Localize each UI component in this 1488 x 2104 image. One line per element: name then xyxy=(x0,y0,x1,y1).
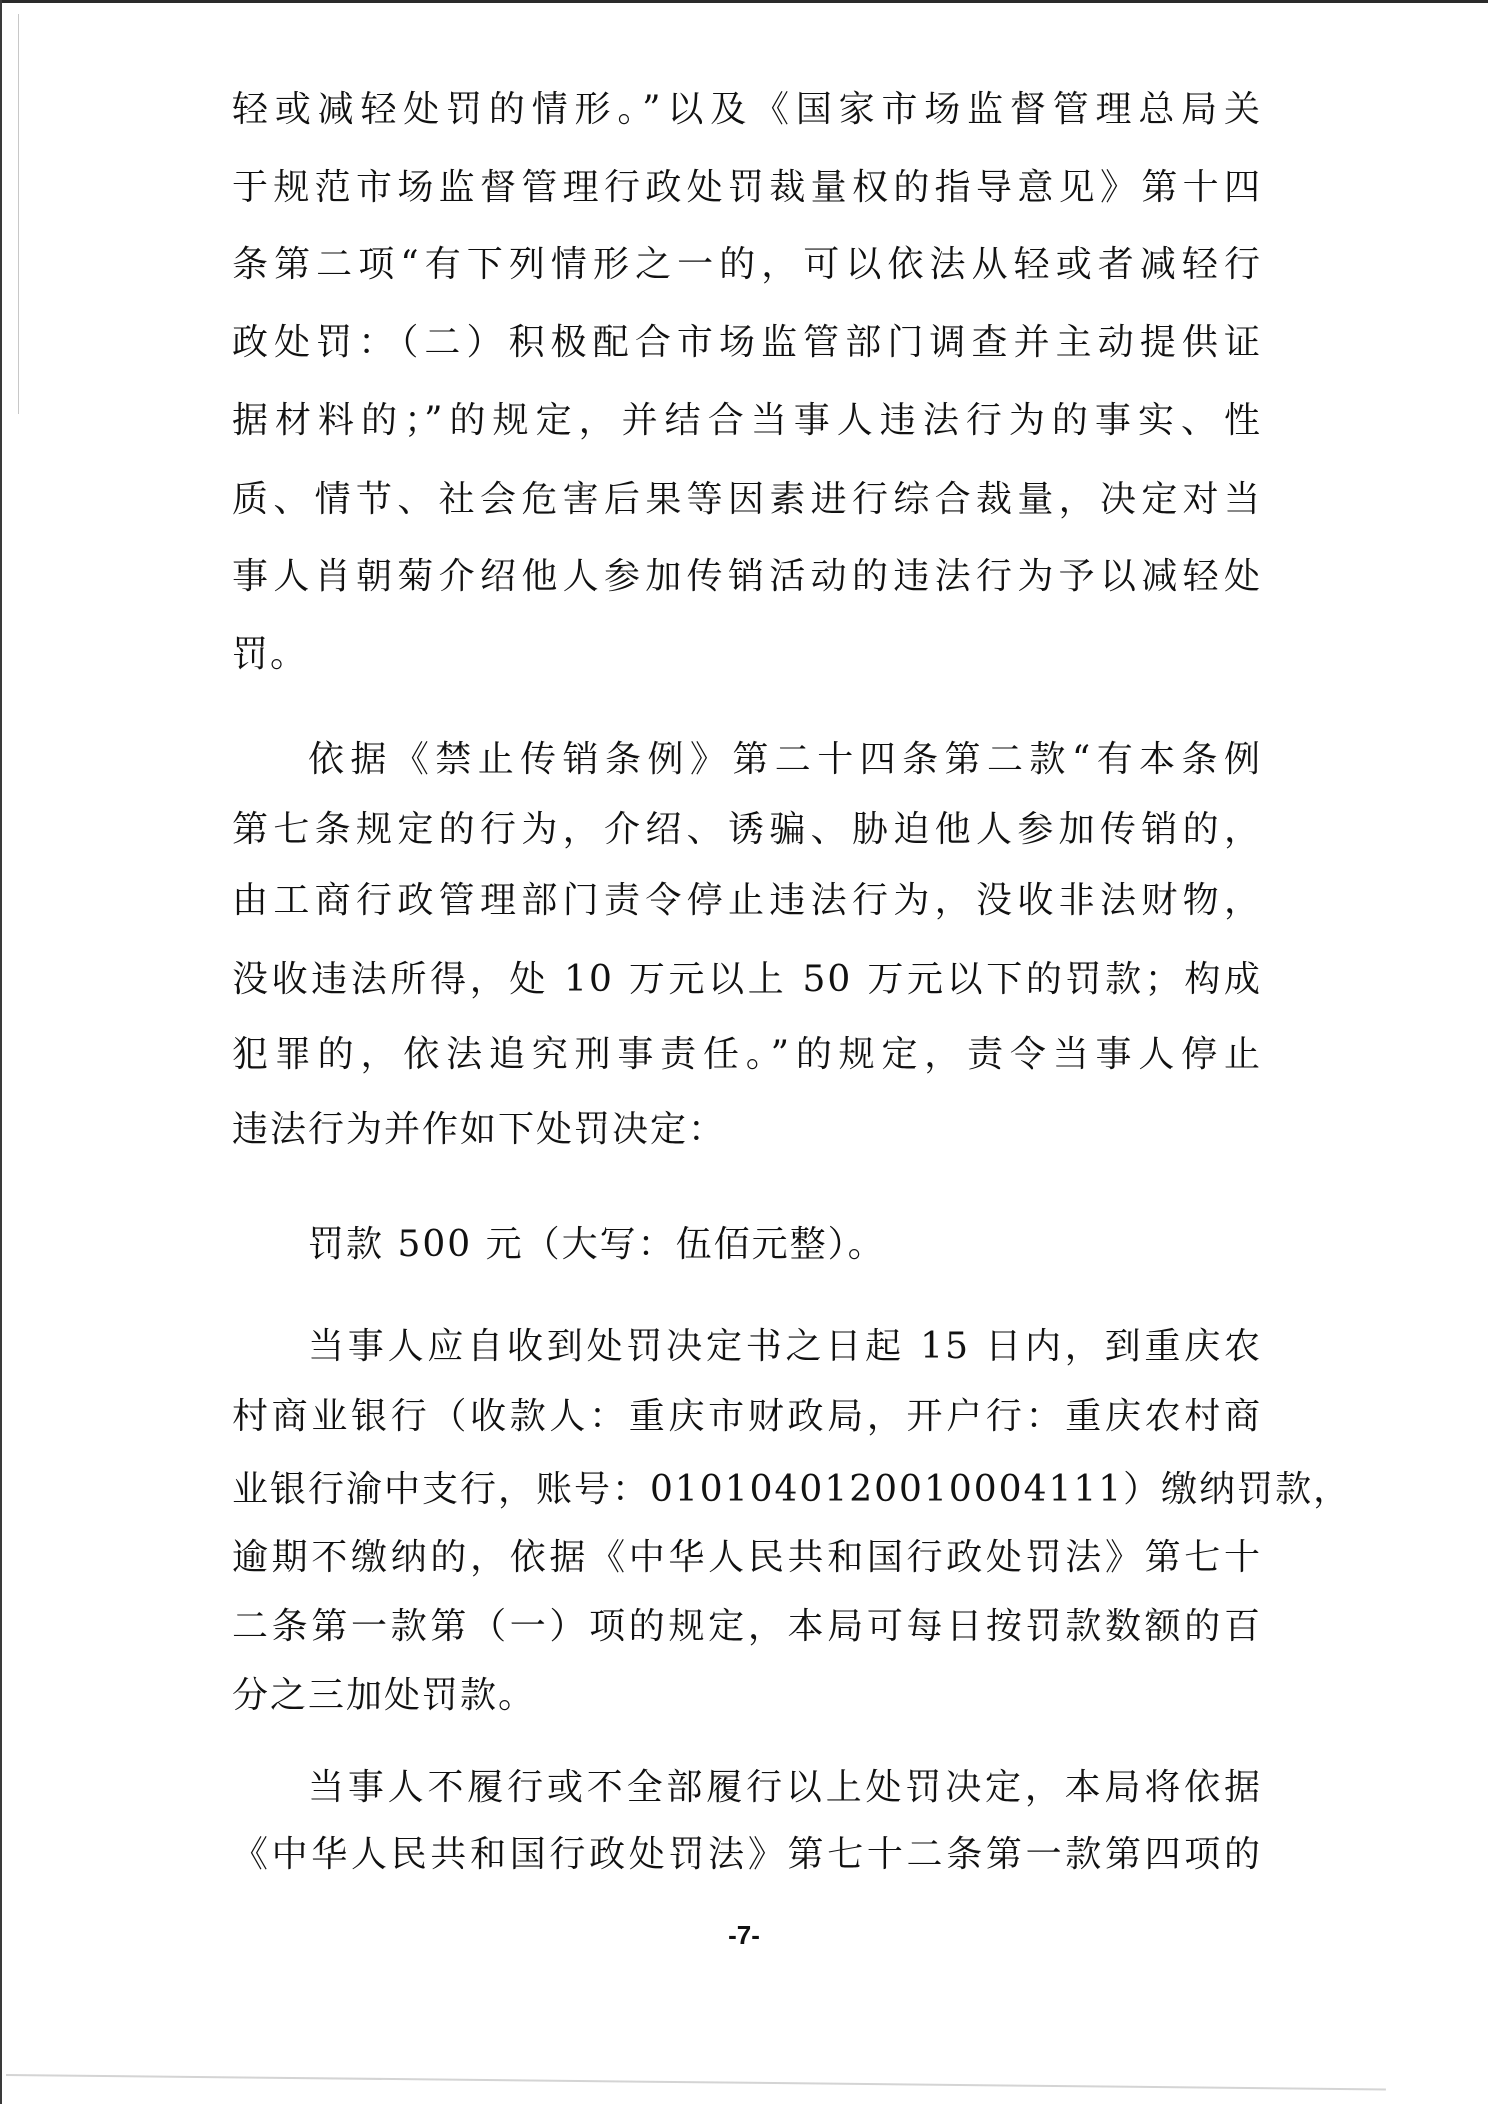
page-number: -7- xyxy=(704,1918,784,1952)
text-line: 依据《禁止传销条例》第二十四条第二款“有本条例 xyxy=(308,738,1262,782)
text-line: 事人肖朝菊介绍他人参加传销活动的违法行为予以减轻处 xyxy=(232,555,1262,599)
text-line: 当事人应自收到处罚决定书之日起 15 日内，到重庆农 xyxy=(308,1325,1262,1369)
text-line: 《中华人民共和国行政处罚法》第七十二条第一款第四项的 xyxy=(232,1833,1262,1877)
text-line: 分之三加处罚款。 xyxy=(232,1674,1262,1718)
text-line: 没收违法所得，处 10 万元以上 50 万元以下的罚款；构成 xyxy=(232,958,1262,1002)
text-line: 由工商行政管理部门责令停止违法行为，没收非法财物， xyxy=(232,879,1262,923)
text-line: 二条第一款第（一）项的规定，本局可每日按罚款数额的百 xyxy=(232,1605,1262,1649)
text-line: 质、情节、社会危害后果等因素进行综合裁量，决定对当 xyxy=(232,478,1262,522)
text-line: 违法行为并作如下处罚决定： xyxy=(232,1108,1262,1152)
text-line: 条第二项“有下列情形之一的，可以依法从轻或者减轻行 xyxy=(232,243,1262,287)
text-line: 轻或减轻处罚的情形。”以及《国家市场监督管理总局关 xyxy=(232,88,1262,132)
text-line: 于规范市场监督管理行政处罚裁量权的指导意见》第十四 xyxy=(232,166,1262,210)
account-line: 业银行渝中支行，账号：0101040120010004111）缴纳罚款， xyxy=(232,1468,1262,1512)
text-line: 村商业银行（收款人：重庆市财政局，开户行：重庆农村商 xyxy=(232,1395,1262,1439)
text-line: 据材料的；”的规定，并结合当事人违法行为的事实、性 xyxy=(232,399,1262,443)
text-line: 罚。 xyxy=(232,633,1262,677)
penalty-line: 罚款 500 元（大写：伍佰元整）。 xyxy=(308,1223,1262,1267)
text-line: 逾期不缴纳的，依据《中华人民共和国行政处罚法》第七十 xyxy=(232,1536,1262,1580)
text-line: 当事人不履行或不全部履行以上处罚决定，本局将依据 xyxy=(308,1766,1262,1810)
text-line: 第七条规定的行为，介绍、诱骗、胁迫他人参加传销的， xyxy=(232,808,1262,852)
text-line: 政处罚：（二）积极配合市场监管部门调查并主动提供证 xyxy=(232,321,1262,365)
document-page: 轻或减轻处罚的情形。”以及《国家市场监督管理总局关 于规范市场监督管理行政处罚裁… xyxy=(0,0,1488,2104)
text-line: 犯罪的，依法追究刑事责任。”的规定，责令当事人停止 xyxy=(232,1033,1262,1077)
